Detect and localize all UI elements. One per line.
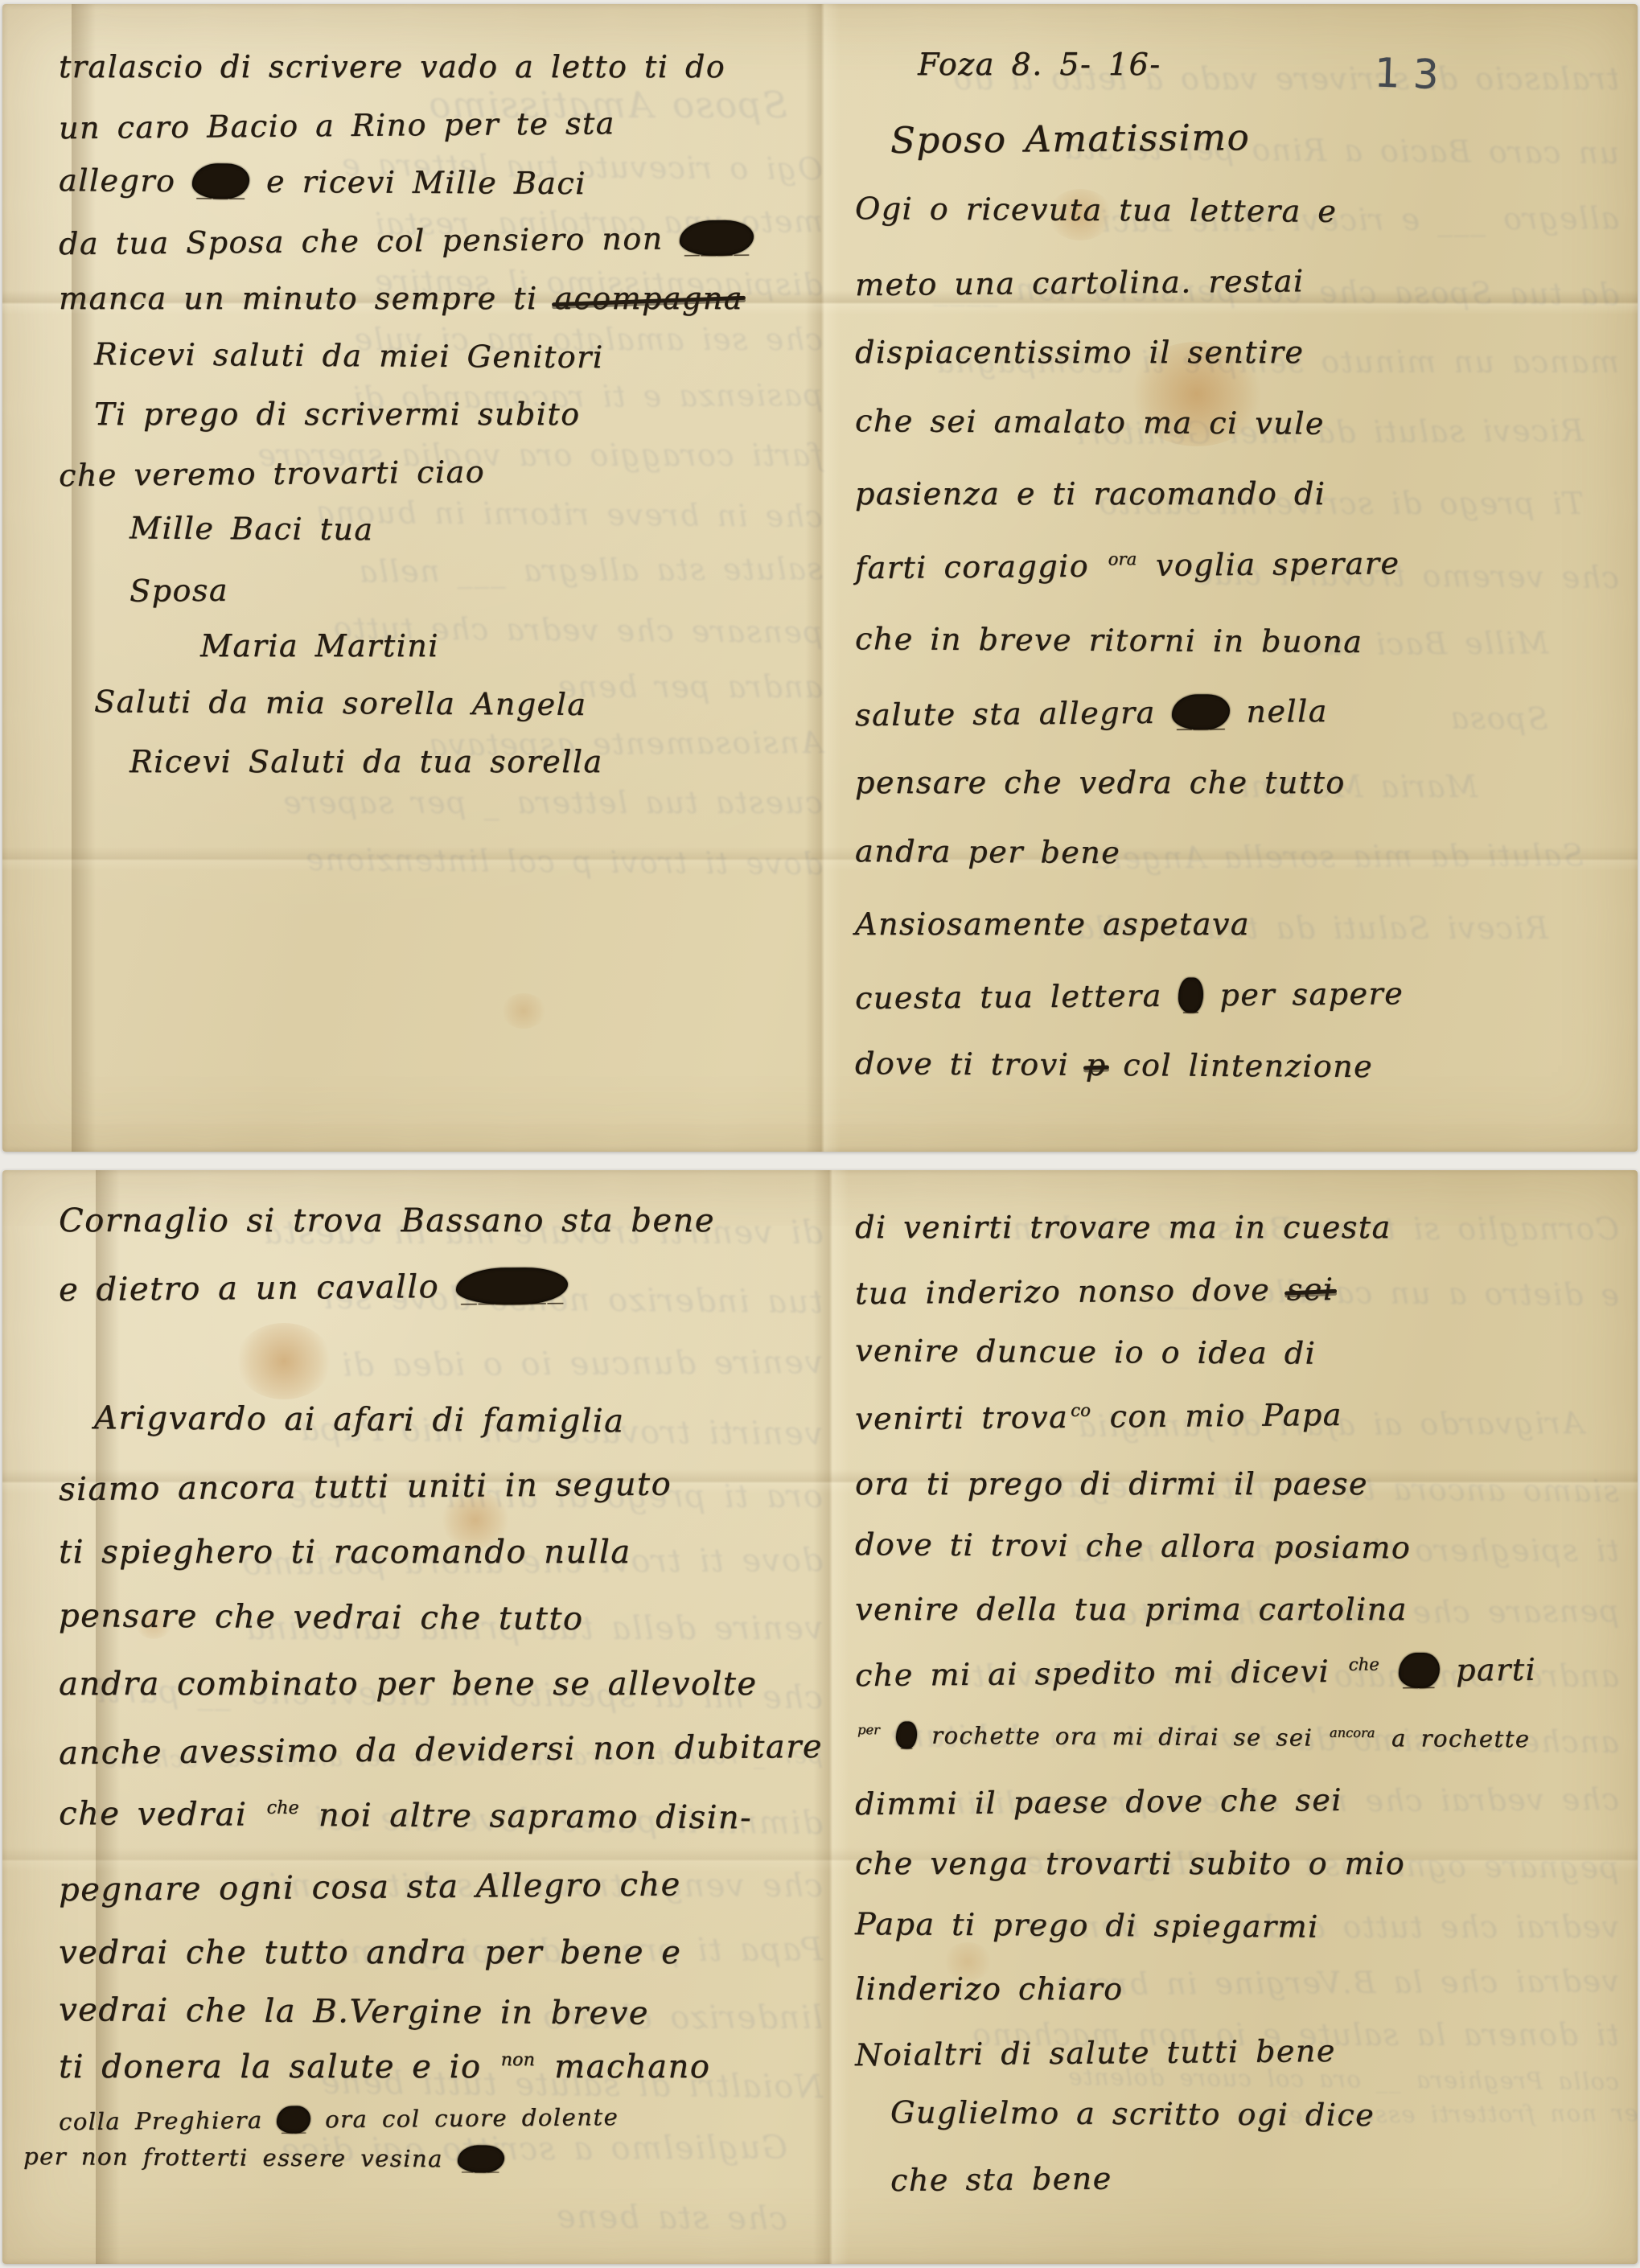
letter-line: siamo ancora tutti uniti in seguto bbox=[59, 1465, 823, 1508]
letter-line: salute sta allegra ___ nella bbox=[855, 690, 1619, 733]
letter-line: che sta bene bbox=[890, 2155, 1619, 2199]
scribbled-out-word: _ bbox=[1178, 977, 1203, 1013]
letter-line: cuesta tua lettera _ per sapere bbox=[855, 973, 1619, 1017]
letter-line: farti coraggio ora voglia sperare bbox=[855, 543, 1619, 592]
letter-line: tralascio di scrivere vado a letto ti do bbox=[59, 48, 823, 85]
letter-line: Papa ti prego di spiegarmi bbox=[855, 1905, 1619, 1947]
letter-line: venirti trovaco con mio Papa bbox=[855, 1394, 1619, 1443]
letter-line: andra per bene bbox=[855, 832, 1619, 874]
letter-line: linderizo chiaro bbox=[855, 1970, 1619, 2007]
struck-word: p bbox=[1086, 1047, 1107, 1083]
letter-line: allegro ___ e ricevi Mille Baci bbox=[59, 162, 823, 203]
page-column-left: di venirti trovare ma in cuestatua inder… bbox=[59, 1170, 823, 2264]
letter-scan-bottom: di venirti trovare ma in cuestatua inder… bbox=[2, 1170, 1638, 2264]
letter-line: venire duncue io o idea di bbox=[855, 1332, 1619, 1374]
scanned-letter-document: { "palette": { "paper": "#ddd0a8", "ink"… bbox=[0, 0, 1640, 2268]
handwritten-text-block: tralascio di scrivere vado a letto ti do… bbox=[59, 4, 823, 780]
letter-line: pasienza e ti racomando di bbox=[855, 475, 1619, 512]
letter-line: dimmi il paese dove che sei bbox=[855, 1779, 1619, 1822]
letter-line: Mille Baci tua bbox=[129, 509, 823, 550]
scribbled-out-word: ____ bbox=[680, 220, 754, 257]
letter-line: per non frotterti essere vesina ___ bbox=[23, 2141, 823, 2176]
letter-line: Arigvardo ai afari di famiglia bbox=[94, 1399, 823, 1441]
letter-line: dove ti trovi che allora posiamo bbox=[855, 1526, 1619, 1567]
letter-line: Ogi o ricevuta tua lettera e bbox=[855, 190, 1619, 232]
letter-line: Ti prego di scrivermi subito bbox=[94, 396, 823, 433]
scribbled-out-word: ______ bbox=[456, 1268, 568, 1305]
page-column-right: 13 tralascio di scrivere vado a letto ti… bbox=[855, 4, 1619, 1152]
letter-date: Foza 8. 5- 16- bbox=[918, 46, 1619, 83]
letter-line: Guglielmo a scritto ogi dice bbox=[890, 2093, 1619, 2135]
bleed-through-line: cuesta tua lettera _ per sapere bbox=[59, 784, 823, 821]
inserted-word: che bbox=[266, 1798, 298, 1818]
letter-line: meto una cartolina. restai bbox=[855, 260, 1619, 303]
letter-line: dove ti trovi p col lintenzione bbox=[855, 1045, 1619, 1087]
scribbled-out-word: ___ bbox=[192, 163, 250, 199]
letter-line: dispiacentissimo il sentire bbox=[855, 334, 1619, 371]
scribbled-out-word: __ bbox=[277, 2106, 310, 2133]
letter-line: che mi ai spedito mi dicevi che __ parti bbox=[855, 1650, 1619, 1699]
handwritten-text-block: di venirti trovare ma in cuestatua inder… bbox=[855, 1170, 1619, 2196]
bleed-through-line: che sta bene bbox=[59, 2194, 787, 2237]
letter-line: manca un minuto sempre ti acompagna bbox=[59, 280, 823, 317]
letter-line: Maria Martini bbox=[200, 627, 823, 664]
letter-line: Ansiosamente aspetava bbox=[855, 906, 1619, 943]
letter-line: anche avessimo da devidersi non dubitare bbox=[59, 1728, 823, 1772]
letter-line: da tua Sposa che col pensiero non ____ bbox=[59, 219, 823, 262]
rust-stain bbox=[501, 993, 546, 1029]
letter-line: per _ rochette ora mi dirai se sei ancor… bbox=[855, 1719, 1619, 1759]
page-column-left: Sposo AmatissimoOgi o ricevuta tua lette… bbox=[59, 4, 823, 1152]
letter-line: che sei amalato ma ci vule bbox=[855, 402, 1619, 444]
letter-line: ora ti prego di dirmi il paese bbox=[855, 1465, 1619, 1502]
letter-line: che veremo trovarti ciao bbox=[59, 450, 823, 494]
letter-line: andra combinato per bene se allevolte bbox=[59, 1666, 823, 1703]
letter-line: vedrai che tutto andra per bene e bbox=[59, 1934, 823, 1971]
scribbled-out-word: ___ bbox=[1172, 694, 1230, 730]
page-column-right: Cornaglio si trova Bassano sta benee die… bbox=[855, 1170, 1619, 2264]
scribbled-out-word: _ bbox=[896, 1721, 917, 1748]
letter-line: un caro Bacio a Rino per te sta bbox=[59, 103, 823, 146]
inserted-word: ancora bbox=[1330, 1725, 1375, 1740]
letter-line: colla Preghiera __ ora col cuore dolente bbox=[59, 2100, 823, 2137]
letter-line: tua inderizo nonso dove sei bbox=[855, 1268, 1619, 1312]
letter-line: Sposo Amatissimo bbox=[890, 113, 1619, 162]
letter-line: che venga trovarti subito o mio bbox=[855, 1845, 1619, 1882]
handwritten-text-block: Foza 8. 5- 16- Sposo AmatissimoOgi o ric… bbox=[855, 4, 1619, 1084]
letter-scan-top: Sposo AmatissimoOgi o ricevuta tua lette… bbox=[2, 4, 1638, 1152]
letter-line: Cornaglio si trova Bassano sta bene bbox=[59, 1202, 823, 1239]
letter-line: che vedrai che noi altre sapramo disin- bbox=[59, 1795, 823, 1842]
letter-line: ti spieghero ti racomando nulla bbox=[59, 1534, 823, 1571]
letter-line: pensare che vedrai che tutto bbox=[59, 1597, 823, 1639]
scribbled-out-word: ___ bbox=[458, 2145, 504, 2172]
pencil-page-number: 13 bbox=[1374, 49, 1453, 98]
letter-line: pegnare ogni cosa sta Allegro che bbox=[59, 1865, 823, 1908]
handwritten-text-block: Cornaglio si trova Bassano sta benee die… bbox=[59, 1170, 823, 2174]
letter-line: vedrai che la B.Vergine in breve bbox=[59, 1991, 823, 2033]
inserted-word: ora bbox=[1108, 549, 1136, 569]
inserted-word: non bbox=[501, 2049, 535, 2070]
inserted-word: che bbox=[1349, 1655, 1379, 1675]
inserted-word: per bbox=[857, 1723, 880, 1738]
letter-line: Sposa bbox=[129, 566, 823, 610]
letter-line: Ricevi Saluti da tua sorella bbox=[129, 743, 823, 780]
letter-line: che in breve ritorni in buona bbox=[855, 620, 1619, 662]
letter-line: ti donera la salute e io non machano bbox=[59, 2048, 823, 2090]
letter-line: Saluti da mia sorella Angela bbox=[94, 683, 823, 725]
struck-word: acompagna bbox=[554, 281, 743, 316]
letter-line: pensare che vedra che tutto bbox=[855, 764, 1619, 801]
scribbled-out-word: __ bbox=[1398, 1653, 1439, 1688]
inserted-word: co bbox=[1071, 1401, 1091, 1421]
struck-word: sei bbox=[1287, 1272, 1334, 1308]
letter-line: di venirti trovare ma in cuesta bbox=[855, 1209, 1619, 1246]
letter-line: Ricevi saluti da miei Genitori bbox=[94, 335, 823, 377]
letter-line: venire della tua prima cartolina bbox=[855, 1591, 1619, 1628]
letter-line: e dietro a un cavallo ______ bbox=[59, 1265, 823, 1309]
letter-line: Noialtri di salute tutti bene bbox=[855, 2030, 1619, 2073]
